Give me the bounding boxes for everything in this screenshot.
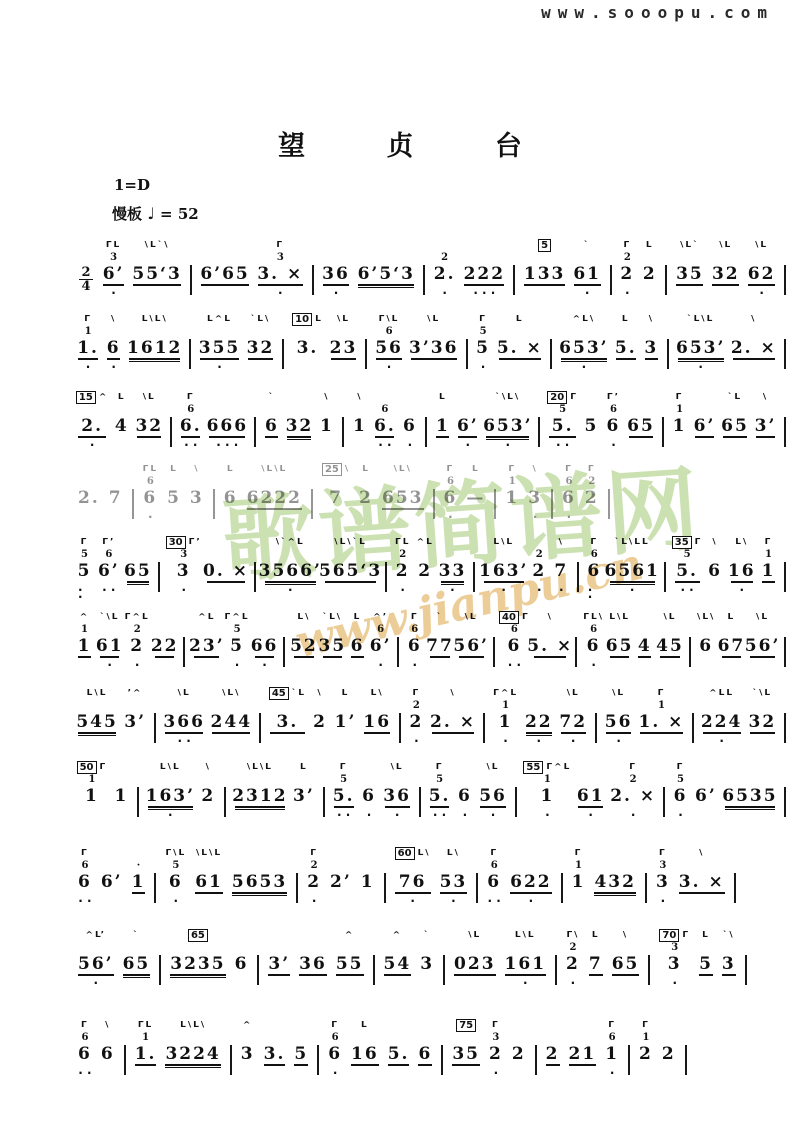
- measure-number: 60: [395, 847, 415, 860]
- measure-number: 5: [538, 239, 551, 252]
- beam-underlines: [699, 974, 713, 980]
- note-digits: 65: [612, 954, 640, 974]
- note-digits: 6535: [722, 786, 777, 806]
- barline: [476, 846, 478, 903]
- note-digits: 6’: [694, 416, 716, 436]
- note-group: Γ^L55·: [228, 610, 246, 671]
- finger-ornament-marks: L\L: [609, 611, 630, 624]
- finger-ornament-marks: Γ: [81, 847, 89, 860]
- barline: [555, 928, 557, 985]
- beam-underlines: [224, 508, 238, 514]
- note-digits: 6: [458, 786, 472, 806]
- beam-underlines: [418, 1064, 432, 1070]
- beam-underlines: [322, 508, 350, 514]
- note-digits: 2: [532, 561, 546, 581]
- note-digits: 6.: [374, 416, 396, 436]
- note-digits: 7: [109, 488, 123, 508]
- note-digits: 6: [362, 786, 376, 806]
- chord-upper-note: 6: [187, 404, 194, 416]
- finger-ornament-marks: \L: [427, 313, 440, 326]
- chord-upper-note: 5: [172, 860, 179, 872]
- barline: [254, 417, 256, 447]
- beam-underlines: [723, 436, 747, 442]
- barline: [283, 637, 285, 667]
- finger-ornament-marks: Γ: [276, 239, 284, 252]
- barline: [664, 562, 666, 592]
- note-digits: 61: [577, 786, 605, 806]
- octave-dots-below: ·: [168, 812, 173, 821]
- note-digits: 2: [662, 1044, 676, 1064]
- barline: [342, 417, 344, 447]
- note-digits: 5.: [429, 786, 451, 806]
- note-digits: 4: [115, 416, 129, 436]
- octave-dots-below: ·: [148, 514, 153, 523]
- note-digits: 5: [78, 561, 92, 581]
- barline: [230, 1045, 232, 1075]
- barline: [311, 462, 313, 519]
- note-digits: 2: [418, 561, 432, 581]
- note-group: ΓL66·: [143, 462, 158, 523]
- note-digits: 5.: [552, 416, 574, 436]
- note-digits: 1: [78, 636, 92, 656]
- finger-ornament-marks: \L: [663, 611, 676, 624]
- beam-underlines: [750, 656, 775, 662]
- note-group: L2: [359, 462, 373, 523]
- octave-dots-below: · ·: [184, 442, 197, 451]
- note-digits: 54: [384, 954, 412, 974]
- note-digits: 6: [587, 636, 601, 656]
- note-group: L\L\1612: [129, 312, 180, 373]
- finger-ornament-marks: \L: [612, 687, 625, 700]
- finger-ornament-marks: Γ: [676, 391, 684, 404]
- chord-upper-note: 5: [81, 549, 88, 561]
- finger-ornament-marks: Γ: [629, 761, 637, 774]
- note-group: \3’: [756, 390, 775, 451]
- beam-underlines: [722, 974, 736, 980]
- note-group: Γ55.· ·: [430, 760, 450, 821]
- chord-upper-note: 3: [492, 1032, 499, 1044]
- note-digits: 65: [123, 954, 151, 974]
- note-group: \3. ×: [679, 846, 725, 907]
- measure-number: 70: [659, 929, 679, 942]
- note-digits: 222: [464, 264, 506, 284]
- note-group: `L\32: [248, 312, 274, 373]
- note-group: Γ55· ·: [78, 535, 91, 596]
- finger-ornament-marks: L: [354, 611, 362, 624]
- barline: [513, 238, 515, 295]
- beam-underlines: [452, 1064, 480, 1070]
- beam-underlines: [101, 892, 123, 898]
- note-group: \L\L2312: [235, 760, 285, 821]
- note-digits: 4: [638, 636, 652, 656]
- finger-ornament-marks: L: [227, 463, 235, 476]
- octave-dots-below: ·: [585, 290, 590, 299]
- barline: [538, 417, 540, 447]
- barline: [561, 846, 563, 903]
- chord-upper-note: 6: [447, 476, 454, 488]
- barline: [685, 1018, 687, 1075]
- finger-ornament-marks: `: [269, 391, 276, 404]
- barline: [595, 686, 597, 743]
- note-group: 1: [115, 760, 128, 821]
- note-digits: 3. ×: [679, 872, 725, 892]
- barline: [317, 1045, 319, 1075]
- barline: [595, 713, 597, 743]
- barline: [535, 1045, 537, 1075]
- note-digits: 6’65: [200, 264, 249, 284]
- barline: [662, 390, 664, 447]
- barline: [628, 1018, 630, 1075]
- chord-upper-note: 6: [386, 326, 393, 338]
- note-group: L^L355·: [200, 312, 238, 373]
- measure-number: 30: [166, 536, 186, 549]
- note-digits: 45: [656, 636, 684, 656]
- barline: [784, 265, 786, 295]
- note-group: Γ66· ·: [487, 846, 501, 907]
- note-group: 21: [569, 1018, 597, 1079]
- note-digits: 6: [507, 636, 521, 656]
- barline: [784, 760, 786, 817]
- barline: [190, 238, 192, 295]
- note-group: ^L\653’·: [561, 312, 607, 373]
- finger-ornament-marks: ^L: [198, 611, 215, 624]
- finger-ornament-marks: Γ: [492, 1019, 500, 1032]
- barline: [561, 873, 563, 903]
- beam-underlines: [361, 892, 375, 898]
- note-group: 2: [512, 1018, 526, 1079]
- note-digits: 5: [294, 1044, 308, 1064]
- chord-upper-note: 6: [590, 624, 597, 636]
- beam-underlines: [505, 508, 519, 514]
- chord-upper-note: 6: [81, 1032, 88, 1044]
- octave-dots-below: · ·: [102, 587, 115, 596]
- note-digits: 3’: [268, 954, 290, 974]
- beam-underlines: [645, 358, 658, 364]
- note-digits: 2: [639, 1044, 653, 1064]
- finger-ornament-marks: L^L: [207, 313, 232, 326]
- barline: [397, 610, 399, 667]
- note-group: \65: [612, 928, 640, 989]
- finger-ornament-marks: ΓL: [106, 239, 121, 252]
- note-group: Γ11. ×: [640, 686, 682, 747]
- barline: [441, 1045, 443, 1075]
- note-digits: 35: [319, 636, 347, 656]
- barline: [323, 760, 325, 817]
- octave-dots-below: ·: [719, 738, 724, 747]
- note-digits: 6’5‘3: [358, 264, 415, 284]
- note-group: \L366· ·: [165, 686, 203, 747]
- barline: [312, 238, 314, 295]
- note-digits: 65: [606, 636, 634, 656]
- beam-underlines: [499, 358, 541, 364]
- note-group: L5: [699, 928, 713, 989]
- note-group: \`^L3566’·: [265, 535, 316, 596]
- note-group: \L56’: [750, 610, 775, 671]
- note-digits: 2: [307, 872, 321, 892]
- finger-ornament-marks: Γ: [658, 687, 666, 700]
- finger-ornament-marks: \: [450, 687, 455, 700]
- barline: [189, 339, 191, 369]
- measure-number: 35: [672, 536, 692, 549]
- note-digits: 7: [329, 488, 343, 508]
- note-group: L7: [589, 928, 603, 989]
- note-digits: 6: [699, 636, 713, 656]
- note-digits: 61: [573, 264, 601, 284]
- finger-ornament-marks: Γ’: [102, 536, 115, 549]
- chord-upper-note: 3: [659, 860, 666, 872]
- barline: [317, 1018, 319, 1075]
- barline: [132, 489, 134, 519]
- note-digits: 3’36: [409, 338, 458, 358]
- note-digits: 1: [114, 786, 128, 806]
- beam-underlines: [235, 806, 285, 812]
- octave-dots-below: · ·: [508, 662, 521, 671]
- note-digits: 3: [528, 488, 542, 508]
- note-group: 36·: [323, 238, 350, 299]
- note-digits: 5.: [388, 1044, 410, 1064]
- finger-ornament-marks: \: [548, 611, 553, 624]
- note-digits: 545: [76, 712, 118, 732]
- barline: [342, 390, 344, 447]
- barline: [137, 787, 139, 817]
- note-digits: 2.: [81, 416, 103, 436]
- barline: [224, 760, 226, 817]
- octave-dots-below: ·: [672, 980, 677, 989]
- beam-underlines: [629, 436, 653, 442]
- barline: [384, 873, 386, 903]
- note-digits: 6561: [605, 561, 660, 581]
- finger-ornament-marks: L: [362, 463, 370, 476]
- finger-ornament-marks: L: [516, 313, 524, 326]
- note-group: 6’65: [201, 238, 249, 299]
- note-digits: 23’: [189, 636, 225, 656]
- note-group: 35Γ55.· ·: [675, 535, 700, 596]
- finger-ornament-marks: Γ’: [189, 536, 202, 549]
- note-group: \L56·: [480, 760, 505, 821]
- barline: [483, 686, 485, 743]
- finger-ornament-marks: \: [206, 761, 211, 774]
- note-group: Γ22: [585, 462, 599, 523]
- note-group: 45`L3.: [270, 686, 304, 747]
- note-digits: 2: [489, 1044, 503, 1064]
- beam-underlines: [709, 581, 722, 587]
- barline: [667, 339, 669, 369]
- finger-ornament-marks: \L: [567, 687, 580, 700]
- beam-underlines: [430, 656, 449, 662]
- note-digits: 1: [572, 872, 586, 892]
- beam-underlines: [679, 892, 725, 898]
- barline: [154, 873, 156, 903]
- note-group: 653235: [170, 928, 225, 989]
- note-digits: 1.: [77, 338, 99, 358]
- chord-upper-note: 2: [536, 549, 543, 561]
- note-group: 6: [235, 928, 249, 989]
- note-digits: 77: [426, 636, 454, 656]
- note-group: ^L’56’·: [78, 928, 114, 989]
- note-group: Γ66·: [408, 610, 421, 671]
- note-digits: 6222: [247, 488, 302, 508]
- note-group: L\16·: [731, 535, 753, 596]
- barline: [689, 637, 691, 667]
- barline: [608, 489, 610, 519]
- finger-ornament-marks: \L: [468, 929, 481, 942]
- measure-number: 40: [499, 611, 519, 624]
- time-signature-bottom: 4: [79, 280, 92, 293]
- barline: [154, 686, 156, 743]
- note-digits: 16: [351, 1044, 379, 1064]
- note-group: Γ66· ·: [78, 846, 92, 907]
- barline: [575, 610, 577, 667]
- note-group: L\L65: [610, 610, 629, 671]
- octave-dots-below: ·: [678, 812, 683, 821]
- finger-ornament-marks: Γ: [682, 929, 690, 942]
- finger-ornament-marks: Γ: [331, 1019, 339, 1032]
- octave-dots-below: · ·: [680, 587, 693, 596]
- barline: [282, 312, 284, 369]
- note-digits: 133: [524, 264, 566, 284]
- beam-underlines: [78, 806, 106, 812]
- barline: [183, 637, 185, 667]
- note-group: Γ55·: [477, 312, 490, 373]
- note-group: 3.: [264, 1018, 286, 1079]
- beam-underlines: [640, 732, 682, 738]
- finger-ornament-marks: \: [649, 313, 654, 326]
- beam-underlines: [534, 656, 566, 662]
- note-digits: 6: [444, 488, 458, 508]
- note-digits: 6’: [370, 636, 392, 656]
- music-system-6: ^11`\L61·Γ^L22·22^L23’Γ^L55·66·L\52`L\35…: [78, 610, 786, 671]
- note-digits: 2: [643, 264, 657, 284]
- chord-upper-note: 2: [413, 700, 420, 712]
- finger-ornament-marks: L: [342, 687, 350, 700]
- note-digits: 3: [190, 488, 204, 508]
- beam-underlines: [546, 1064, 560, 1070]
- note-digits: 2. ×: [731, 338, 777, 358]
- beam-underlines: [612, 974, 640, 980]
- finger-ornament-marks: L: [361, 1019, 369, 1032]
- note-group: Γ56·: [674, 760, 687, 821]
- note-group: Γ33·: [656, 846, 670, 907]
- note-group: \L36·: [385, 760, 410, 821]
- finger-ornament-marks: `L\: [323, 611, 343, 624]
- octave-dots-below: ·: [537, 587, 542, 596]
- note-digits: 161: [505, 954, 547, 974]
- beam-underlines: [323, 656, 342, 662]
- note-digits: 62: [748, 264, 776, 284]
- finger-ornament-marks: ^: [345, 929, 355, 942]
- barline: [648, 955, 650, 985]
- note-group: `77: [430, 610, 449, 671]
- chord-upper-note: 6: [377, 624, 384, 636]
- barline: [154, 846, 156, 903]
- finger-ornament-marks: Γ^L: [225, 611, 250, 624]
- note-group: L\L545: [78, 686, 116, 747]
- note-group: L\53·: [440, 846, 468, 907]
- note-digits: 16: [728, 561, 756, 581]
- chord-upper-note: 5: [234, 624, 241, 636]
- note-digits: 55‘3: [132, 264, 181, 284]
- octave-dots-below: ·: [571, 980, 576, 989]
- beam-underlines: [270, 732, 304, 738]
- note-digits: 35: [676, 264, 704, 284]
- note-group: L3’: [294, 760, 314, 821]
- barline: [493, 637, 495, 667]
- octave-dots-below: ·: [631, 812, 636, 821]
- note-group: \L`35: [676, 238, 703, 299]
- octave-dots-below: ·: [86, 364, 91, 373]
- octave-dots-below: ·: [582, 364, 587, 373]
- barline: [283, 610, 285, 667]
- beam-underlines: [616, 358, 636, 364]
- note-group: 2: [546, 1018, 560, 1079]
- barline: [784, 339, 786, 369]
- note-group: `61·: [574, 238, 601, 299]
- barline: [745, 928, 747, 985]
- barline: [734, 873, 736, 903]
- barline: [577, 562, 579, 592]
- octave-dots-below: ·: [413, 662, 418, 671]
- finger-ornament-marks: Γ: [575, 847, 583, 860]
- note-group: `6: [265, 390, 278, 451]
- finger-ornament-marks: `: [584, 239, 591, 252]
- beam-underlines: [330, 892, 352, 898]
- music-system-9: Γ66· ·6’·1Γ\L56·\L\L615653Γ22·2’160L\76·…: [78, 846, 786, 907]
- note-digits: 32: [712, 264, 740, 284]
- finger-ornament-marks: Γ: [411, 611, 419, 624]
- note-group: 10L3.: [293, 312, 321, 373]
- barline: [784, 562, 786, 592]
- beam-underlines: [190, 508, 204, 514]
- finger-ornament-marks: L: [170, 463, 178, 476]
- note-digits: 1. ×: [638, 712, 684, 732]
- barline: [610, 238, 612, 295]
- barline: [784, 713, 786, 743]
- note-digits: 65: [721, 416, 749, 436]
- finger-ornament-marks: ^: [393, 929, 403, 942]
- beam-underlines: [320, 436, 333, 442]
- barline: [494, 489, 496, 519]
- beam-underlines: [610, 656, 629, 662]
- chord-upper-note: 5: [480, 326, 487, 338]
- note-group: \1: [320, 390, 333, 451]
- finger-ornament-marks: L: [592, 929, 600, 942]
- barline: [665, 238, 667, 295]
- finger-ornament-marks: ΓL: [395, 536, 410, 549]
- barline: [137, 760, 139, 817]
- beam-underlines: [454, 974, 496, 980]
- note-digits: 653’: [559, 338, 608, 358]
- note-group: \2: [202, 760, 215, 821]
- barline: [662, 417, 664, 447]
- note-digits: 3: [656, 872, 670, 892]
- note-group: 3’: [268, 928, 290, 989]
- barline: [365, 339, 367, 369]
- note-digits: 72: [559, 712, 587, 732]
- barline: [443, 928, 445, 985]
- barline: [494, 462, 496, 519]
- time-signature-top: 2: [79, 266, 92, 280]
- note-digits: 5. ×: [497, 338, 543, 358]
- finger-ornament-marks: L\L: [515, 929, 536, 942]
- note-group: 666· · ·: [209, 390, 245, 451]
- finger-ornament-marks: ^L’: [85, 929, 106, 942]
- note-group: L1’: [336, 686, 356, 747]
- note-digits: 36: [383, 786, 411, 806]
- note-digits: 56: [479, 786, 507, 806]
- octave-dots-below: ·: [661, 898, 666, 907]
- note-digits: 56’: [745, 636, 781, 656]
- beam-underlines: [466, 508, 485, 514]
